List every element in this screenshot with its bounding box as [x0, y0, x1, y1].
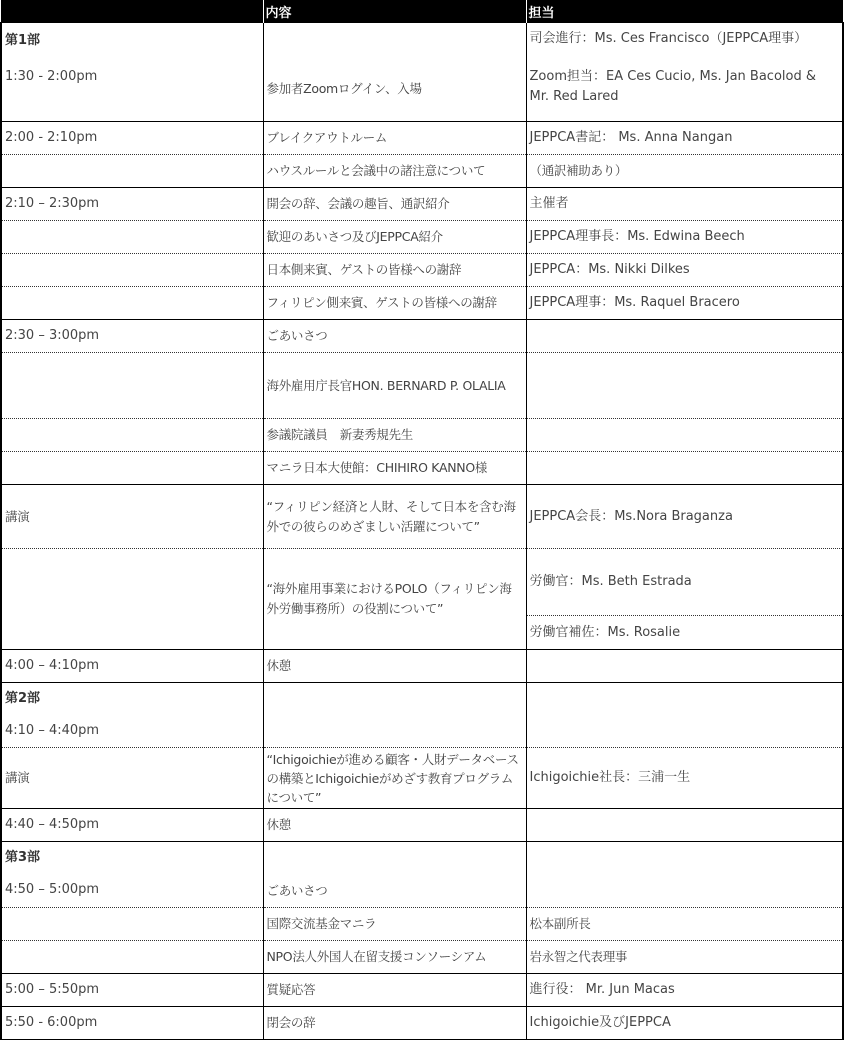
content-cell: 海外雇用庁長官HON. BERNARD P. OLALIA	[263, 353, 526, 419]
time-cell: 4:40 – 4:50pm	[1, 809, 263, 842]
time-cell: 2:00 - 2:10pm	[1, 122, 263, 155]
staff-cell: Ichigoichie社長：三浦一生	[526, 748, 843, 809]
content-cell: 参加者Zoomログイン、入場	[263, 23, 526, 122]
staff-cell	[526, 320, 843, 353]
table-row: 海外雇用庁長官HON. BERNARD P. OLALIA	[1, 353, 843, 419]
time-cell: 第1部 1:30 - 2:00pm	[1, 23, 263, 122]
time-cell	[1, 419, 263, 452]
part-label: 第2部	[5, 689, 259, 709]
content-cell: 日本側来賓、ゲストの皆様への謝辞	[263, 254, 526, 287]
content-cell: “Ichigoichieが進める顧客・人財データベースの構築とIchigoich…	[263, 748, 526, 809]
schedule-table: 内容 担当 第1部 1:30 - 2:00pm 参加者Zoomログイン、入場 司…	[0, 0, 844, 1040]
content-cell: 参議院議員 新妻秀規先生	[263, 419, 526, 452]
staff-text: 労働官：Ms. Beth Estrada	[527, 549, 843, 615]
content-cell: “海外雇用事業におけるPOLO（フィリピン海外労働事務所）の役割について”	[263, 549, 526, 650]
staff-cell: JEPPCA理事：Ms. Raquel Bracero	[526, 287, 843, 320]
staff-cell: 労働官：Ms. Beth Estrada 労働官補佐：Ms. Rosalie	[526, 549, 843, 650]
table-row: 5:50 - 6:00pm 閉会の辞 Ichigoichie及びJEPPCA	[1, 1007, 843, 1040]
time-cell: 2:10 – 2:30pm	[1, 188, 263, 221]
table-row: 歓迎のあいさつ及びJEPPCA紹介 JEPPCA理事長：Ms. Edwina B…	[1, 221, 843, 254]
header-row: 内容 担当	[1, 0, 843, 23]
part-label: 第1部	[5, 31, 259, 51]
staff-secondary: 労働官補佐：Ms. Rosalie	[530, 623, 681, 643]
staff-cell: JEPPCA：Ms. Nikki Dilkes	[526, 254, 843, 287]
time-cell	[1, 221, 263, 254]
staff-text: 労働官補佐：Ms. Rosalie	[527, 615, 843, 649]
time-text: 4:10 – 4:40pm	[5, 723, 99, 738]
table-row: マニラ日本大使館：CHIHIRO KANNO様	[1, 452, 843, 485]
content-cell: “フィリピン経済と人財、そして日本を含む海外での彼らのめざましい活躍について”	[263, 485, 526, 549]
time-cell	[1, 155, 263, 188]
staff-cell: JEPPCA理事長：Ms. Edwina Beech	[526, 221, 843, 254]
content-cell: マニラ日本大使館：CHIHIRO KANNO様	[263, 452, 526, 485]
staff-cell	[526, 353, 843, 419]
time-cell: 講演	[1, 748, 263, 809]
table-row: 2:10 – 2:30pm 開会の辞、会議の趣旨、通訳紹介 主催者	[1, 188, 843, 221]
content-cell: フィリピン側来賓、ゲストの皆様への謝辞	[263, 287, 526, 320]
content-cell: 国際交流基金マニラ	[263, 908, 526, 941]
table-row: 2:00 - 2:10pm ブレイクアウトルーム JEPPCA書記： Ms. A…	[1, 122, 843, 155]
table-row: フィリピン側来賓、ゲストの皆様への謝辞 JEPPCA理事：Ms. Raquel …	[1, 287, 843, 320]
time-cell	[1, 353, 263, 419]
staff-cell: Ichigoichie及びJEPPCA	[526, 1007, 843, 1040]
header-time	[1, 0, 263, 23]
table-row: 第3部 4:50 – 5:00pm ごあいさつ	[1, 842, 843, 908]
staff-cell	[526, 809, 843, 842]
time-text: 1:30 - 2:00pm	[5, 69, 97, 84]
table-row: 講演 “Ichigoichieが進める顧客・人財データベースの構築とIchigo…	[1, 748, 843, 809]
content-text: 参加者Zoomログイン、入場	[267, 81, 422, 96]
table-row: 国際交流基金マニラ 松本副所長	[1, 908, 843, 941]
table-row: 参議院議員 新妻秀規先生	[1, 419, 843, 452]
table-row: NPO法人外国人在留支援コンソーシアム 岩永智之代表理事	[1, 941, 843, 974]
content-cell	[263, 683, 526, 748]
staff-cell	[526, 842, 843, 908]
time-cell: 4:00 – 4:10pm	[1, 650, 263, 683]
table-row: 日本側来賓、ゲストの皆様への謝辞 JEPPCA：Ms. Nikki Dilkes	[1, 254, 843, 287]
content-cell: NPO法人外国人在留支援コンソーシアム	[263, 941, 526, 974]
time-cell: 第2部 4:10 – 4:40pm	[1, 683, 263, 748]
header-content: 内容	[263, 0, 526, 23]
content-cell: ごあいさつ	[263, 842, 526, 908]
content-cell: 質疑応答	[263, 974, 526, 1007]
time-cell: 5:00 – 5:50pm	[1, 974, 263, 1007]
content-cell: 開会の辞、会議の趣旨、通訳紹介	[263, 188, 526, 221]
staff-cell: （通訳補助あり）	[526, 155, 843, 188]
content-cell: ハウスルールと会議中の諸注意について	[263, 155, 526, 188]
time-cell	[1, 452, 263, 485]
content-cell: 休憩	[263, 650, 526, 683]
time-text: 4:50 – 5:00pm	[5, 882, 99, 897]
table-row: 講演 “フィリピン経済と人財、そして日本を含む海外での彼らのめざましい活躍につい…	[1, 485, 843, 549]
time-cell	[1, 254, 263, 287]
staff-cell: JEPPCA書記： Ms. Anna Nangan	[526, 122, 843, 155]
time-cell	[1, 941, 263, 974]
staff-cell	[526, 452, 843, 485]
table-row: 5:00 – 5:50pm 質疑応答 進行役： Mr. Jun Macas	[1, 974, 843, 1007]
staff-cell: 主催者	[526, 188, 843, 221]
table-row: “海外雇用事業におけるPOLO（フィリピン海外労働事務所）の役割について” 労働…	[1, 549, 843, 650]
table-row: 4:00 – 4:10pm 休憩	[1, 650, 843, 683]
time-cell	[1, 287, 263, 320]
staff-cell: 司会進行：Ms. Ces Francisco（JEPPCA理事） Zoom担当：…	[526, 23, 843, 122]
content-cell: ブレイクアウトルーム	[263, 122, 526, 155]
staff-cell: 進行役： Mr. Jun Macas	[526, 974, 843, 1007]
staff-cell: 松本副所長	[526, 908, 843, 941]
part-label: 第3部	[5, 848, 259, 868]
time-cell	[1, 908, 263, 941]
staff-primary: 労働官：Ms. Beth Estrada	[530, 572, 692, 592]
time-cell	[1, 549, 263, 650]
time-cell: 2:30 – 3:00pm	[1, 320, 263, 353]
staff-text: 司会進行：Ms. Ces Francisco（JEPPCA理事）	[530, 29, 839, 49]
staff-cell: JEPPCA会長：Ms.Nora Braganza	[526, 485, 843, 549]
staff-cell: 岩永智之代表理事	[526, 941, 843, 974]
content-cell: 休憩	[263, 809, 526, 842]
content-cell: 歓迎のあいさつ及びJEPPCA紹介	[263, 221, 526, 254]
content-cell: ごあいさつ	[263, 320, 526, 353]
content-cell: 閉会の辞	[263, 1007, 526, 1040]
staff-cell	[526, 419, 843, 452]
table-row: ハウスルールと会議中の諸注意について （通訳補助あり）	[1, 155, 843, 188]
time-cell: 講演	[1, 485, 263, 549]
staff-cell	[526, 650, 843, 683]
time-cell: 第3部 4:50 – 5:00pm	[1, 842, 263, 908]
table-row: 2:30 – 3:00pm ごあいさつ	[1, 320, 843, 353]
staff-text: Zoom担当：EA Ces Cucio, Ms. Jan Bacolod & M…	[530, 69, 817, 104]
table-row: 4:40 – 4:50pm 休憩	[1, 809, 843, 842]
time-cell: 5:50 - 6:00pm	[1, 1007, 263, 1040]
staff-cell	[526, 683, 843, 748]
header-staff: 担当	[526, 0, 843, 23]
table-row: 第1部 1:30 - 2:00pm 参加者Zoomログイン、入場 司会進行：Ms…	[1, 23, 843, 122]
table-row: 第2部 4:10 – 4:40pm	[1, 683, 843, 748]
